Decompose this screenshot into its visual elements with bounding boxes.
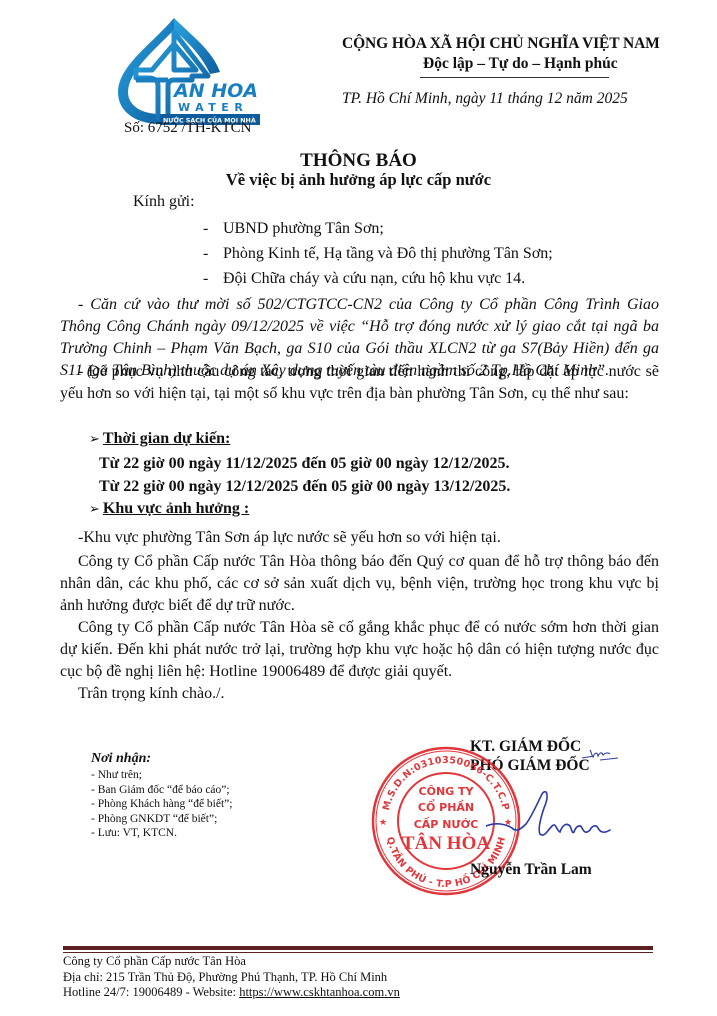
document-title: THÔNG BÁO bbox=[0, 150, 717, 172]
receivers-heading: Nơi nhận: bbox=[91, 750, 232, 768]
recipient-item: -UBND phường Tân Sơn; bbox=[203, 216, 553, 241]
paragraph-notice: Công ty Cổ phần Cấp nước Tân Hòa thông b… bbox=[60, 551, 659, 617]
motto-underline bbox=[420, 77, 609, 78]
recipient-text: UBND phường Tân Sơn; bbox=[223, 220, 384, 237]
receiver-item: - Ban Giám đốc “để báo cáo”; bbox=[91, 783, 232, 798]
national-motto: Độc lập – Tự do – Hạnh phúc bbox=[423, 55, 618, 73]
company-logo: AN HOA WATER NƯỚC SẠCH CỦA MỌI NHÀ bbox=[112, 14, 292, 126]
initials-mark bbox=[580, 742, 620, 764]
document-number: Số: 6752 /TH-KTCN bbox=[124, 120, 252, 137]
recipient-item: -Đội Chữa cháy và cứu nạn, cứu hộ khu vự… bbox=[203, 266, 553, 291]
footer-hotline: Hotline 24/7: 19006489 - Website: bbox=[63, 985, 239, 999]
area-heading-label: Khu vực ảnh hưởng : bbox=[103, 500, 249, 517]
time-slot: Từ 22 giờ 00 ngày 11/12/2025 đến 05 giờ … bbox=[99, 455, 509, 473]
footer-company: Công ty Cổ phần Cấp nước Tân Hòa bbox=[63, 954, 400, 970]
receiver-item: - Phòng Khách hàng “để biết”; bbox=[91, 797, 232, 812]
paragraph-purpose: - Để phục vụ nhu cầu công tác, trong thờ… bbox=[60, 361, 659, 405]
seal-line2: CỔ PHẦN bbox=[418, 799, 474, 814]
seal-line1: CÔNG TY bbox=[419, 785, 475, 798]
footer: Công ty Cổ phần Cấp nước Tân Hòa Địa chỉ… bbox=[63, 954, 400, 1001]
logo-brand-line1: AN HOA bbox=[172, 80, 258, 102]
arrow-bullet-icon: ➢ bbox=[89, 501, 100, 516]
initials-icon bbox=[580, 742, 620, 764]
recipient-text: Đội Chữa cháy và cứu nạn, cứu hộ khu vực… bbox=[223, 270, 525, 287]
receiver-item: - Lưu: VT, KTCN. bbox=[91, 826, 232, 841]
arrow-bullet-icon: ➢ bbox=[89, 431, 100, 446]
footer-address: Địa chỉ: 215 Trần Thủ Độ, Phường Phú Thạ… bbox=[63, 970, 400, 986]
time-heading: ➢Thời gian dự kiến: bbox=[89, 430, 230, 448]
recipient-list: -UBND phường Tân Sơn; -Phòng Kinh tế, Hạ… bbox=[203, 216, 553, 291]
paragraph-remedy: Công ty Cổ phần Cấp nước Tân Hòa sẽ cố g… bbox=[60, 617, 659, 683]
receiver-item: - Như trên; bbox=[91, 768, 232, 783]
time-slot: Từ 22 giờ 00 ngày 12/12/2025 đến 05 giờ … bbox=[99, 478, 510, 496]
footer-contact: Hotline 24/7: 19006489 - Website: https:… bbox=[63, 985, 400, 1001]
national-title: CỘNG HÒA XÃ HỘI CHỦ NGHĨA VIỆT NAM bbox=[342, 35, 660, 53]
logo-brand-line2: WATER bbox=[178, 101, 248, 114]
seal-line3: CẤP NƯỚC bbox=[414, 816, 479, 831]
water-drop-logo-icon: AN HOA WATER NƯỚC SẠCH CỦA MỌI NHÀ bbox=[112, 14, 292, 126]
svg-text:★: ★ bbox=[379, 817, 387, 827]
area-heading: ➢Khu vực ảnh hưởng : bbox=[89, 500, 249, 518]
place-and-date: TP. Hồ Chí Minh, ngày 11 tháng 12 năm 20… bbox=[342, 90, 628, 108]
greeting: Kính gửi: bbox=[133, 193, 195, 211]
handwritten-signature bbox=[486, 790, 646, 850]
signer-name: Nguyễn Trần Lam bbox=[470, 861, 592, 879]
website-link[interactable]: https://www.cskhtanhoa.com.vn bbox=[239, 985, 400, 999]
footer-rule-thick bbox=[63, 946, 653, 950]
footer-rule-thin bbox=[63, 952, 653, 953]
time-heading-label: Thời gian dự kiến: bbox=[103, 430, 230, 447]
seal-line4: TÂN HÒA bbox=[402, 832, 490, 854]
signature-icon bbox=[486, 790, 646, 850]
closing-salutation: Trân trọng kính chào./. bbox=[60, 683, 659, 705]
paragraph-area: -Khu vực phường Tân Sơn áp lực nước sẽ y… bbox=[60, 527, 659, 549]
receivers-block: Nơi nhận: - Như trên; - Ban Giám đốc “để… bbox=[91, 750, 232, 841]
document-subtitle: Về việc bị ảnh hưởng áp lực cấp nước bbox=[0, 170, 717, 190]
recipient-item: -Phòng Kinh tế, Hạ tầng và Đô thị phường… bbox=[203, 241, 553, 266]
recipient-text: Phòng Kinh tế, Hạ tầng và Đô thị phường … bbox=[223, 245, 553, 262]
receiver-item: - Phòng GNKDT “để biết”; bbox=[91, 812, 232, 827]
